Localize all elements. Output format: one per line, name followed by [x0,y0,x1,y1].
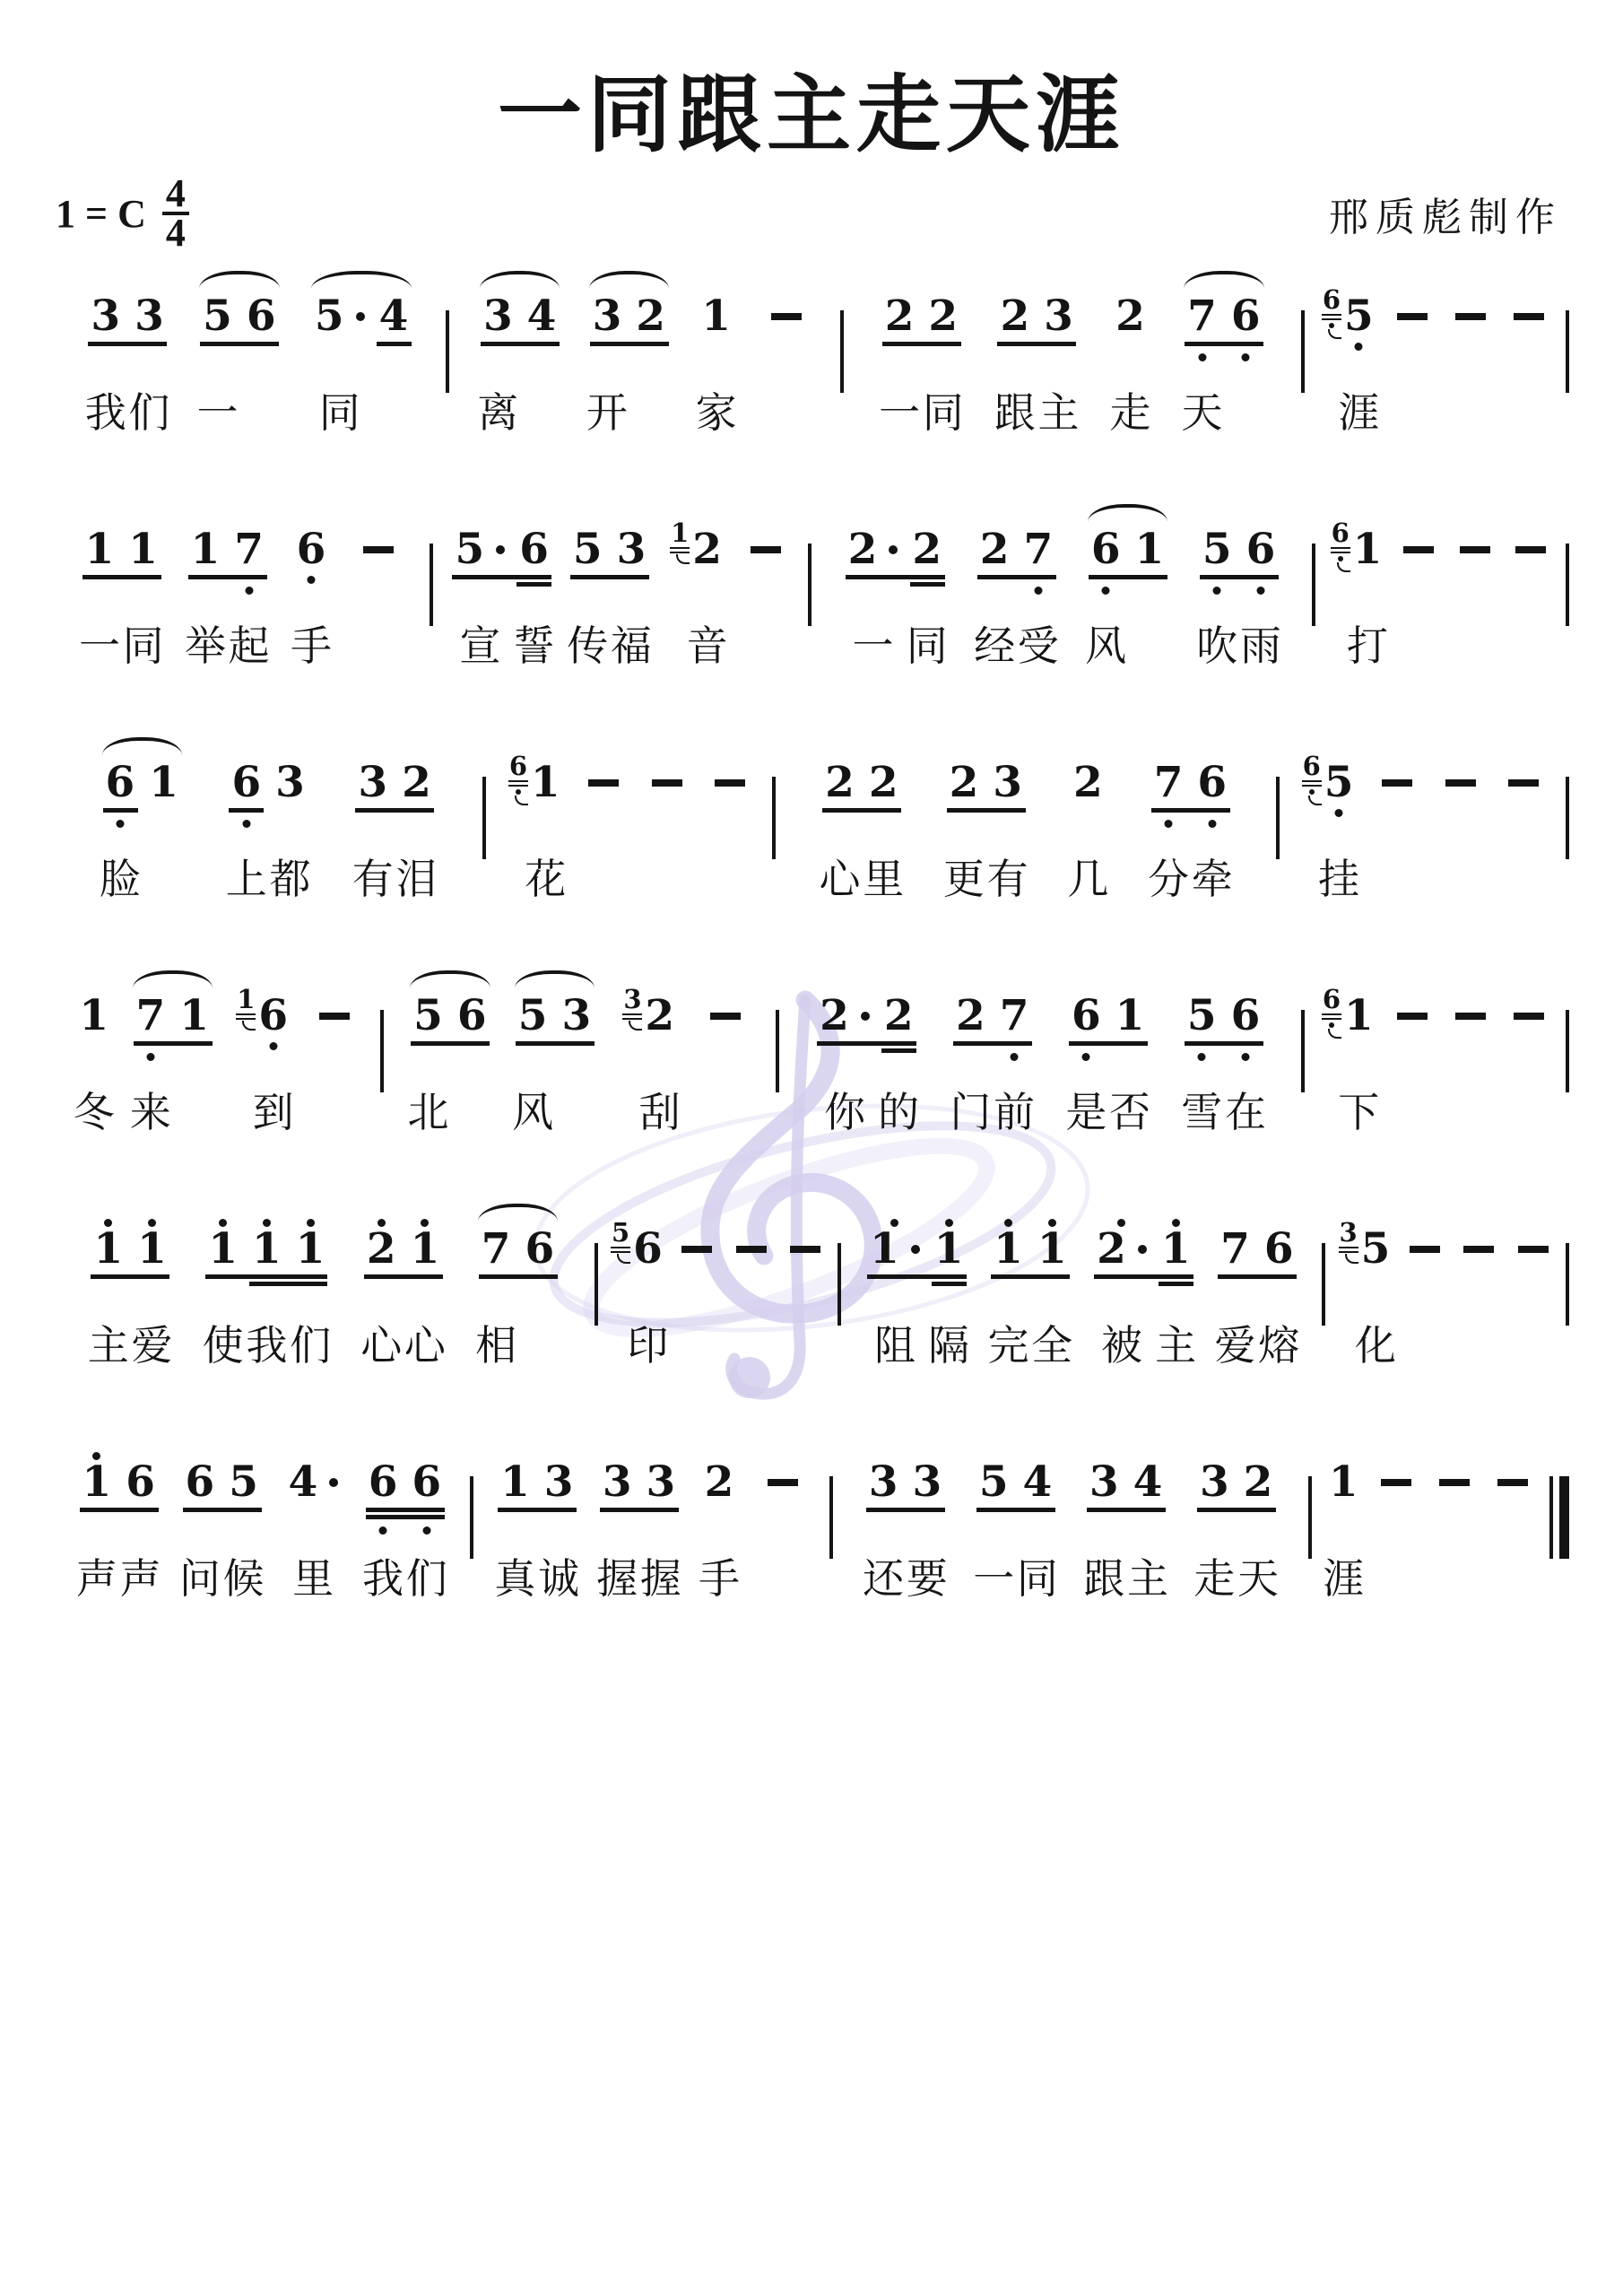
grace-beam-line [508,780,528,783]
note-group [1449,283,1492,337]
note-group [1457,1216,1500,1270]
lyric: 北 [407,1080,448,1139]
note-stack: 7相 [482,1216,511,1270]
note [1459,1216,1498,1270]
duration-dash [1459,1229,1498,1270]
note-stack: 6熔 [1264,1216,1294,1270]
note-group [1433,1449,1476,1503]
octave-dot-below [1208,820,1216,828]
note-digit: 6 [231,762,261,804]
note-stack: 5传 [573,517,603,570]
note: 2手 [705,1449,734,1503]
grace-beam-line [1339,1251,1358,1254]
dash-bar [771,313,802,320]
note [767,283,806,337]
note-stack: 6到 [258,983,288,1037]
barline [1566,310,1569,393]
beam-line [183,1508,262,1512]
dash-bar [1397,1013,1428,1020]
note-digit: 3 [1200,1462,1229,1503]
grace-octave-dot-below [516,789,521,795]
note-digit: 2 [885,296,915,337]
lyric: 主 [1155,1313,1196,1372]
note-group: 3我3们 [89,283,165,337]
note-stack: 7受 [1023,517,1053,570]
note-group [1391,983,1434,1037]
note-stack [1509,283,1549,337]
note-stack: 5北 [413,983,443,1037]
note: 5候 [229,1449,258,1503]
beam-line [953,1041,1032,1046]
note: 3握 [647,1449,676,1503]
note-stack: 5涯 [1344,283,1374,337]
note [1377,750,1417,804]
note-stack: 2同 [928,283,958,337]
note-group: 1使1我1们 [206,1216,326,1270]
lyric: 雨 [1240,613,1281,673]
note-stack: 1同 [128,517,158,570]
dash-bar [1410,1246,1440,1253]
note [763,1449,803,1503]
dash-bar [681,1246,712,1253]
duration-dash [1493,1462,1532,1503]
dash-bar [652,779,682,787]
note-group: 1声6声 [81,1449,157,1503]
note-stack: 1花 [531,750,560,804]
note-stack [1514,1216,1553,1270]
lyric: 走 [1193,1546,1235,1605]
time-signature-bottom: 4 [166,217,186,249]
note-group: 4里 [286,1449,340,1503]
note: 5吹 [1202,517,1232,570]
note-stack [1399,517,1438,570]
note-group [1449,983,1492,1037]
note-digit: 5 [203,296,232,337]
note: 4同 [1023,1449,1053,1503]
barline [1566,544,1569,626]
lyric: 我 [362,1546,404,1605]
measure: 61下 [1305,983,1566,1039]
duration-dash [1405,1229,1445,1270]
note-stack [1459,1216,1498,1270]
note: 61下 [1322,983,1374,1039]
beam-line [103,808,138,813]
lyric: 起 [229,613,270,673]
duration-dash [1509,996,1549,1037]
note: 1同 [128,517,158,570]
lyric: 雪 [1181,1080,1222,1139]
duration-dash [1393,296,1432,337]
duration-dash [746,529,785,570]
note-group [1491,1449,1534,1503]
grace-tie-curve [1328,329,1341,339]
note: 6 [457,983,487,1037]
note-group: 56印 [609,1216,664,1270]
lyric: 诚 [538,1546,579,1605]
note: 2你 [820,983,870,1037]
note: 1 [149,750,178,804]
note-stack [1376,1449,1416,1503]
octave-dot-below [1198,1053,1206,1061]
lyric: 否 [1109,1080,1150,1139]
measure: 35化 [1325,1216,1566,1270]
note-digit: 7 [1023,529,1053,570]
note-stack: 1们 [296,1216,325,1270]
key-label: 1 = C [56,191,146,237]
lyric: 心 [820,847,861,906]
note: 6风 [1091,517,1121,570]
octave-dot-below [1213,587,1221,595]
note: 5宣 [455,517,505,570]
beam-line [355,808,434,813]
note [1493,1449,1532,1503]
measure: 61花 [486,750,772,805]
final-barline-thin [1549,1476,1553,1559]
lyric: 手 [699,1546,740,1605]
octave-dot-below [422,1526,430,1535]
duration-dash [1514,1229,1553,1270]
note: 16到 [236,983,288,1037]
lyric: 同 [319,380,360,439]
note: 5风 [518,983,548,1037]
beam-line [1218,1274,1297,1279]
grace-beam-line [236,1018,256,1021]
lyric: 在 [1225,1080,1266,1139]
note-group [1439,750,1482,804]
lyric: 下 [1338,1080,1379,1139]
note: 3都 [275,750,305,804]
note: 3 [561,983,591,1037]
note-digit: 3 [593,296,622,337]
final-barline-thick [1559,1476,1569,1559]
note: 1 [179,983,209,1037]
octave-dot-below [1102,587,1110,595]
lyric: 同 [923,380,964,439]
grace-octave-dot-below [1338,556,1343,561]
note: 1心 [411,1216,440,1270]
grace-beam-line [1322,318,1341,321]
note-stack: 2你 [820,983,870,1037]
note-stack: 1声 [82,1449,112,1503]
duration-dash [1441,762,1480,804]
grace-beam-line [611,1247,630,1249]
measure: 1冬7来116到 [54,983,380,1037]
note-stack: 1完 [994,1216,1023,1270]
augmentation-dot [496,545,505,554]
grace-tie-curve [629,1021,642,1031]
note-stack: 4 [527,283,557,337]
note: 1否 [1115,983,1145,1037]
note-digit: 7 [1187,296,1217,337]
note-group: 5传3福 [571,517,647,570]
beam-line [80,1508,159,1512]
duration-dash [706,996,745,1037]
dash-bar [1381,1479,1411,1486]
note: 2一 [885,283,915,337]
note [647,750,687,804]
note: 32刮 [622,983,674,1037]
note-digit: 7 [136,996,166,1037]
key-signature: 1 = C 4 4 [56,178,189,249]
note-stack: 3还 [869,1449,898,1503]
beam-line [570,575,649,579]
note: 7天 [1187,283,1217,337]
note-stack: 3有 [993,750,1022,804]
note: 4里 [288,1449,338,1503]
note: 3还 [869,1449,898,1503]
note-group: 12音 [668,517,724,570]
note-digit: 4 [1023,1462,1053,1503]
note-stack: 6雨 [1246,517,1276,570]
note-stack: 2 [636,283,665,337]
note: 2走 [1115,283,1145,337]
note-stack [706,983,745,1037]
lyric: 握 [596,1546,638,1605]
note [706,983,745,1037]
beam-line [249,1282,327,1286]
octave-dot-below [116,820,124,828]
note: 2被 [1097,1216,1147,1270]
augmentation-dot [329,1478,338,1487]
note-stack: 3离 [483,283,513,337]
octave-dot-below [269,1042,277,1050]
grace-beam-line [670,552,690,554]
grace-tie-curve [1337,562,1350,572]
note: 3有 [358,750,387,804]
note: 61花 [508,750,560,805]
grace-digit: 1 [671,522,689,544]
note-stack: 6问 [186,1449,215,1503]
score-line: 1主1爱1使1我1们2心1心7相656印1阻1隔1完1全2被1主7爱6熔35化 [54,1195,1569,1428]
beam-line [200,342,279,346]
duration-dash [647,762,687,804]
note-stack: 3握 [603,1449,632,1503]
score-line: 1冬7来116到5北65风332刮2你2的2门7前6是1否5雪6在61下 [54,961,1569,1195]
note-stack: 7爱 [1220,1216,1250,1270]
note-group: 2一2同 [883,283,959,337]
note-digit: 6 [633,1229,663,1270]
note: 2跟 [1000,283,1029,337]
note-stack: 2更 [950,750,979,804]
note-group: 65涯 [1320,283,1376,339]
grace-tie-curve [617,1254,630,1264]
note-stack: 6 [1231,283,1261,337]
note-group: 2手 [703,1449,736,1503]
note: 2一 [848,517,898,570]
note-digit: 1 [296,1229,325,1270]
note: 1家 [701,283,731,337]
note-group: 2几 [1072,750,1105,804]
note-group [761,1449,804,1503]
note: 3握 [603,1449,632,1503]
lyric: 到 [253,1080,294,1139]
note-stack: 6脸 [106,750,135,804]
note-digit: 2 [956,996,985,1037]
note-stack [1393,283,1432,337]
note: 2门 [956,983,985,1037]
note: 5北 [413,983,443,1037]
note-group: 3离4 [482,283,558,337]
duration-dash [1376,1462,1416,1503]
note: 2几 [1073,750,1103,804]
dash-bar [1460,546,1490,553]
beam-line [479,1274,558,1279]
note-digit: 5 [315,296,365,337]
note-stack: 6牵 [1197,750,1227,804]
note-group: 3走2天 [1198,1449,1274,1503]
beam-line [846,575,945,579]
note [1405,1216,1445,1270]
lyric: 使 [203,1313,244,1372]
score-line: 6脸16上3都3有2泪61花2心2里2更3有2几7分6牵65挂 [54,728,1569,961]
note-stack [732,1216,771,1270]
note-digit: 2 [645,996,674,1037]
augmentation-dot [861,1012,870,1021]
note: 1主 [1161,1216,1191,1270]
note-digit: 3 [912,1462,942,1503]
octave-dot-below [1242,353,1250,361]
note-group: 5同4 [313,283,410,337]
note-digit: 6 [369,1462,398,1503]
note-digit: 2 [884,996,914,1037]
duration-dash [1451,996,1490,1037]
note: 1声 [82,1449,112,1503]
note: 3福 [617,517,647,570]
note-group [646,750,689,804]
note-digit: 1 [82,1462,112,1503]
grace-note: 6 [508,755,528,805]
dash-bar [1518,1246,1549,1253]
measure: 1主1爱1使1我1们2心1心7相6 [54,1216,595,1270]
note-stack: 1主 [93,1216,123,1270]
note [1451,283,1490,337]
note: 1一 [85,517,115,570]
note-digit: 5 [1202,529,1232,570]
note-group: 3还3要 [867,1449,943,1503]
lyric: 有 [352,847,394,906]
note-digit: 7 [482,1229,511,1270]
note: 7前 [1000,983,1029,1037]
note-group [744,517,787,570]
note-digit: 6 [258,996,288,1037]
dash-bar [363,546,394,553]
note-digit: 3 [135,296,164,337]
note-stack: 7起 [234,517,264,570]
note: 5传 [573,517,603,570]
note-digit: 3 [91,296,120,337]
lyric: 隔 [928,1313,969,1372]
note-digit: 1 [179,996,209,1037]
lyric: 音 [687,613,728,673]
grace-beam-line [622,1018,642,1021]
note-digit: 1 [1037,1229,1067,1270]
measure: 3还3要5一4同3跟4主3走2天 [833,1449,1308,1503]
note-stack: 7来 [136,983,166,1037]
duration-dash [785,1229,825,1270]
beam-line [205,1274,327,1279]
beam-line [600,1508,679,1512]
grace-octave-dot-below [1309,789,1315,795]
note: 2 [636,283,665,337]
note-digit: 1 [500,1462,530,1503]
lyric: 化 [1355,1313,1396,1372]
dash-bar [751,546,781,553]
note-digit: 1 [1344,996,1374,1037]
note-digit: 5 [1187,996,1217,1037]
note-stack: 2心 [825,750,855,804]
note-digit: 5 [573,529,603,570]
note-group: 6上3都 [230,750,306,804]
dash-bar [736,1246,767,1253]
note-digit: 4 [527,296,557,337]
note-stack [1509,983,1549,1037]
note-group: 16到 [234,983,290,1037]
note-group: 32刮 [621,983,676,1037]
beam-line [1087,1508,1166,1512]
grace-tie-curve [242,1021,256,1031]
lyric: 同 [123,613,164,673]
note: 7爱 [1220,1216,1250,1270]
beam-line [82,575,161,579]
note: 12音 [670,517,722,570]
note: 3开 [593,283,622,337]
note-stack [1451,283,1490,337]
note-stack: 3要 [912,1449,942,1503]
note: 1真 [500,1449,530,1503]
note: 61打 [1331,517,1383,572]
note-digit: 1 [191,529,221,570]
note: 35化 [1339,1216,1391,1270]
lyric: 主 [1127,1546,1168,1605]
note-digit: 1 [79,996,108,1037]
lyric: 开 [586,380,628,439]
note: 6声 [126,1449,155,1503]
lyric: 门 [950,1080,991,1139]
note-digit: 6 [1091,529,1121,570]
note-stack: 2里 [869,750,898,804]
measure: 1涯 [1312,1449,1549,1503]
note-stack: 6风 [1091,517,1121,570]
measure: 2你2的2门7前6是1否5雪6在 [779,983,1301,1037]
note-stack: 1一 [85,517,115,570]
note-digit: 2 [636,296,665,337]
note-stack: 4主 [1133,1449,1163,1503]
note-stack: 1家 [701,283,731,337]
duration-dash [1377,762,1417,804]
note-stack: 1打 [1353,517,1383,570]
grace-beam-line [1302,785,1322,787]
octave-dot-below [1165,820,1173,828]
credit-text: 邢质彪制作 [1329,185,1562,242]
lyric: 一 [853,613,894,673]
note-group: 1阻1隔 [868,1216,965,1270]
measure: 5北65风332刮 [384,983,776,1037]
lyric: 熔 [1258,1313,1299,1372]
lyric: 有 [987,847,1028,906]
lyric: 刮 [639,1080,681,1139]
note [1455,517,1495,570]
grace-tie-curve [1345,1254,1358,1264]
grace-beam-line [1322,1018,1341,1021]
lyric: 的 [878,1080,919,1139]
lyric: 我 [246,1313,287,1372]
grace-digit: 1 [237,988,255,1011]
note: 7分 [1154,750,1184,804]
grace-digit: 6 [1303,755,1321,778]
lyric: 吹 [1196,613,1237,673]
note-digit: 4 [1133,1462,1163,1503]
note-digit: 6 [1231,296,1261,337]
